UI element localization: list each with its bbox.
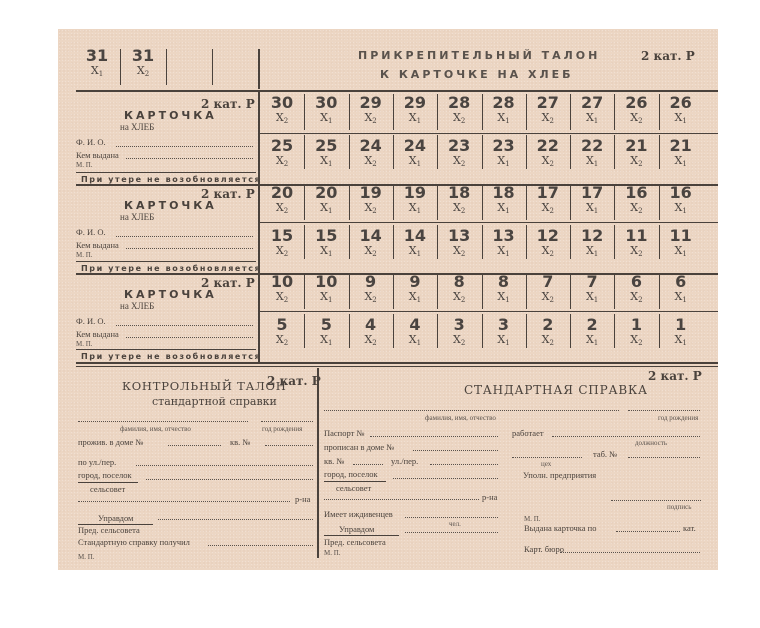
divider bbox=[393, 225, 394, 259]
divider bbox=[614, 135, 615, 169]
coupon-mark: X2 bbox=[614, 333, 658, 350]
coupon-22-x2[interactable]: 22X2 bbox=[526, 137, 570, 171]
divider bbox=[324, 481, 386, 482]
divider bbox=[570, 184, 571, 220]
coupon-1-x2[interactable]: 1X2 bbox=[614, 316, 658, 350]
apt-label: кв. № bbox=[230, 437, 251, 447]
coupon-day: 30 bbox=[304, 94, 348, 111]
coupon-mark: X1 bbox=[393, 290, 437, 307]
coupon-25-x1[interactable]: 25X1 bbox=[304, 137, 348, 171]
coupon-day: 28 bbox=[437, 94, 481, 111]
divider bbox=[526, 314, 527, 348]
coupon-mark: X2 bbox=[260, 154, 304, 171]
coupon-day: 26 bbox=[659, 94, 703, 111]
passport-label: Паспорт № bbox=[324, 428, 365, 438]
issued-by-field[interactable] bbox=[126, 158, 253, 159]
coupon-3-x2[interactable]: 3X2 bbox=[437, 316, 481, 350]
city-field[interactable] bbox=[146, 479, 313, 480]
coupon-29-x1[interactable]: 29X1 bbox=[393, 94, 437, 128]
coupon-12-x1[interactable]: 12X1 bbox=[570, 227, 614, 261]
coupon-day: 24 bbox=[393, 137, 437, 154]
works-label: работает bbox=[512, 428, 544, 438]
divider bbox=[614, 225, 615, 259]
coupon-mark: X1 bbox=[659, 111, 703, 128]
dependents-label: Имеет иждивенцев bbox=[324, 509, 393, 519]
coupon-mark: X1 bbox=[570, 154, 614, 171]
shop-field[interactable] bbox=[512, 457, 582, 458]
divider bbox=[570, 225, 571, 259]
divider bbox=[76, 261, 256, 262]
coupon-day: 20 bbox=[260, 184, 304, 201]
coupon-25-x2[interactable]: 25X2 bbox=[260, 137, 304, 171]
coupon-mark: X1 bbox=[570, 244, 614, 261]
fio-caption: фамилия, имя, отчество bbox=[120, 425, 191, 433]
coupon-day: 24 bbox=[349, 137, 393, 154]
control-stub-title: КОНТРОЛЬНЫЙ ТАЛОН bbox=[122, 379, 287, 393]
coupon-mark: X1 bbox=[75, 64, 119, 81]
bread-ration-card-sheet: 31 X1 31 X2 ПРИКРЕПИТЕЛЬНЫЙ ТАЛОН К КАРТ… bbox=[58, 29, 718, 570]
street-label: по ул./пер. bbox=[78, 457, 116, 467]
registered-label: прописан в доме № bbox=[324, 442, 394, 452]
coupon-28-x2[interactable]: 28X2 bbox=[437, 94, 481, 128]
coupon-mark: X2 bbox=[437, 333, 481, 350]
divider bbox=[570, 273, 571, 309]
card-bureau-field[interactable] bbox=[560, 552, 700, 553]
workplace-field[interactable] bbox=[552, 436, 700, 437]
divider bbox=[482, 94, 483, 130]
loss-note: При утере не возобновляется bbox=[81, 352, 261, 361]
coupon-mark: X2 bbox=[260, 111, 304, 128]
coupon-mark: X1 bbox=[482, 333, 526, 350]
coupon-day: 22 bbox=[570, 137, 614, 154]
card-subtitle: на ХЛЕБ bbox=[120, 122, 154, 132]
apt-label: кв. № bbox=[324, 456, 345, 466]
divider bbox=[437, 135, 438, 169]
council-stamp-label: М. П. bbox=[324, 549, 341, 557]
coupon-12-x2[interactable]: 12X2 bbox=[526, 227, 570, 261]
divider bbox=[659, 184, 660, 220]
coupon-day: 10 bbox=[304, 273, 348, 290]
divider bbox=[349, 314, 350, 348]
stamp-label: М. П. bbox=[76, 340, 93, 348]
coupon-day: 15 bbox=[304, 227, 348, 244]
coupon-mark: X1 bbox=[659, 201, 703, 218]
coupon-day: 21 bbox=[614, 137, 658, 154]
coupon-23-x1[interactable]: 23X1 bbox=[482, 137, 526, 171]
coupon-day: 12 bbox=[570, 227, 614, 244]
coupon-mark: X2 bbox=[614, 111, 658, 128]
coupon-11-x1[interactable]: 11X1 bbox=[659, 227, 703, 261]
coupon-mark: X2 bbox=[349, 201, 393, 218]
coupon-day: 6 bbox=[659, 273, 703, 290]
coupon-mark: X2 bbox=[437, 244, 481, 261]
coupon-mark: X2 bbox=[526, 201, 570, 218]
fio-label: Ф. И. О. bbox=[76, 227, 106, 237]
coupon-day: 19 bbox=[349, 184, 393, 201]
coupon-15-x2[interactable]: 15X2 bbox=[260, 227, 304, 261]
coupon-day: 2 bbox=[526, 316, 570, 333]
coupon-day: 18 bbox=[482, 184, 526, 201]
coupon-7-x2[interactable]: 7X2 bbox=[526, 273, 570, 307]
coupon-mark: X2 bbox=[349, 290, 393, 307]
coupon-19-x2[interactable]: 19X2 bbox=[349, 184, 393, 218]
divider bbox=[349, 225, 350, 259]
category-caption: кат. bbox=[683, 523, 696, 533]
coupon-14-x2[interactable]: 14X2 bbox=[349, 227, 393, 261]
village-council-label: сельсовет bbox=[90, 484, 125, 494]
fio-label: Ф. И. О. bbox=[76, 137, 106, 147]
coupon-10-x1[interactable]: 10X1 bbox=[304, 273, 348, 307]
issued-by-label: Кем выдана bbox=[76, 150, 119, 160]
coupon-day: 3 bbox=[437, 316, 481, 333]
coupon-20-x2[interactable]: 20X2 bbox=[260, 184, 304, 218]
coupon-day: 23 bbox=[482, 137, 526, 154]
coupon-mark: X2 bbox=[349, 154, 393, 171]
coupon-mark: X2 bbox=[437, 111, 481, 128]
divider bbox=[659, 314, 660, 348]
birth-year-caption: год рождения bbox=[262, 425, 302, 433]
coupon-day: 8 bbox=[437, 273, 481, 290]
coupon-mark: X1 bbox=[482, 201, 526, 218]
coupon-day: 20 bbox=[304, 184, 348, 201]
apt-field[interactable] bbox=[353, 464, 383, 465]
coupon-day: 14 bbox=[349, 227, 393, 244]
tab-label: таб. № bbox=[593, 449, 617, 459]
coupon-5-x1[interactable]: 5X1 bbox=[304, 316, 348, 350]
card-category-field[interactable] bbox=[616, 531, 680, 532]
divider bbox=[260, 222, 718, 223]
coupon-27-x2[interactable]: 27X2 bbox=[526, 94, 570, 128]
coupon-mark: X1 bbox=[482, 154, 526, 171]
coupon-mark: X1 bbox=[393, 244, 437, 261]
coupon-28-x1[interactable]: 28X1 bbox=[482, 94, 526, 128]
coupon-mark: X1 bbox=[482, 244, 526, 261]
divider bbox=[304, 94, 305, 130]
house-manager-signature-field[interactable] bbox=[405, 532, 498, 533]
divider bbox=[482, 314, 483, 348]
divider bbox=[166, 49, 167, 85]
coupon-6-x1[interactable]: 6X1 bbox=[659, 273, 703, 307]
coupon-21-x2[interactable]: 21X2 bbox=[614, 137, 658, 171]
coupon-mark: X2 bbox=[526, 333, 570, 350]
divider bbox=[526, 273, 527, 309]
authorized-label: Уполн. предприятия bbox=[523, 470, 596, 480]
coupon-mark: X1 bbox=[482, 111, 526, 128]
divider bbox=[570, 135, 571, 169]
coupon-mark: X2 bbox=[121, 64, 165, 81]
coupon-5-x2[interactable]: 5X2 bbox=[260, 316, 304, 350]
street-field[interactable] bbox=[136, 465, 313, 466]
coupon-9-x2[interactable]: 9X2 bbox=[349, 273, 393, 307]
coupon-day: 5 bbox=[260, 316, 304, 333]
stamp-label: М. П. bbox=[76, 161, 93, 169]
divider bbox=[258, 49, 260, 89]
coupon-mark: X2 bbox=[437, 290, 481, 307]
coupon-30-x1[interactable]: 30X1 bbox=[304, 94, 348, 128]
coupon-mark: X1 bbox=[570, 201, 614, 218]
received-label: Стандартную справку получил bbox=[78, 537, 190, 547]
issued-by-label: Кем выдана bbox=[76, 240, 119, 250]
divider bbox=[324, 535, 399, 536]
coupon-2-x1[interactable]: 2X1 bbox=[570, 316, 614, 350]
divider bbox=[349, 273, 350, 309]
coupon-mark: X2 bbox=[614, 154, 658, 171]
coupon-24-x1[interactable]: 24X1 bbox=[393, 137, 437, 171]
coupon-mark: X1 bbox=[570, 333, 614, 350]
coupon-mark: X2 bbox=[260, 290, 304, 307]
coupon-27-x1[interactable]: 27X1 bbox=[570, 94, 614, 128]
coupon-mark: X1 bbox=[393, 333, 437, 350]
house-manager-label: Управдом bbox=[98, 513, 133, 523]
coupon-17-x1[interactable]: 17X1 bbox=[570, 184, 614, 218]
birth-year-caption: год рождения bbox=[658, 414, 698, 422]
coupon-30-x2[interactable]: 30X2 bbox=[260, 94, 304, 128]
fio-caption: фамилия, имя, отчество bbox=[425, 414, 496, 422]
card-subtitle: на ХЛЕБ bbox=[120, 212, 154, 222]
coupon-4-x1[interactable]: 4X1 bbox=[393, 316, 437, 350]
coupon-mark: X2 bbox=[349, 244, 393, 261]
divider bbox=[659, 273, 660, 309]
coupon-day: 9 bbox=[393, 273, 437, 290]
coupon-mark: X2 bbox=[437, 201, 481, 218]
coupon-8-x1[interactable]: 8X1 bbox=[482, 273, 526, 307]
coupon-day: 25 bbox=[260, 137, 304, 154]
divider bbox=[659, 94, 660, 130]
shop-caption: цех bbox=[541, 460, 551, 468]
coupon-day: 4 bbox=[349, 316, 393, 333]
coupon-mark: X2 bbox=[437, 154, 481, 171]
coupon-day: 18 bbox=[437, 184, 481, 201]
coupon-mark: X1 bbox=[304, 290, 348, 307]
persons-caption: чел. bbox=[449, 520, 461, 528]
fio-field[interactable] bbox=[116, 325, 253, 326]
coupon-day: 17 bbox=[570, 184, 614, 201]
coupon-day: 1 bbox=[614, 316, 658, 333]
coupon-day: 16 bbox=[659, 184, 703, 201]
divider bbox=[526, 94, 527, 130]
coupon-mark: X1 bbox=[659, 154, 703, 171]
fio-field[interactable] bbox=[324, 410, 619, 411]
coupon-9-x1[interactable]: 9X1 bbox=[393, 273, 437, 307]
coupon-22-x1[interactable]: 22X1 bbox=[570, 137, 614, 171]
district-label: р-на bbox=[295, 494, 310, 504]
coupon-15-x1[interactable]: 15X1 bbox=[304, 227, 348, 261]
divider bbox=[393, 314, 394, 348]
coupon-20-x1[interactable]: 20X1 bbox=[304, 184, 348, 218]
position-caption: должность bbox=[635, 439, 667, 447]
street-field[interactable] bbox=[430, 464, 498, 465]
divider bbox=[614, 184, 615, 220]
coupon-7-x1[interactable]: 7X1 bbox=[570, 273, 614, 307]
card-subtitle: на ХЛЕБ bbox=[120, 301, 154, 311]
received-signature-field[interactable] bbox=[208, 545, 313, 546]
coupon-day: 14 bbox=[393, 227, 437, 244]
coupon-day: 7 bbox=[570, 273, 614, 290]
birth-year-field[interactable] bbox=[261, 421, 313, 422]
coupon-26-x2[interactable]: 26X2 bbox=[614, 94, 658, 128]
fio-label: Ф. И. О. bbox=[76, 316, 106, 326]
coupon-mark: X1 bbox=[393, 201, 437, 218]
coupon-day: 7 bbox=[526, 273, 570, 290]
coupon-day: 31 bbox=[75, 47, 119, 64]
coupon-day: 10 bbox=[260, 273, 304, 290]
coupon-day: 22 bbox=[526, 137, 570, 154]
coupon-31-x2[interactable]: 31 X2 bbox=[121, 47, 165, 81]
coupon-mark: X2 bbox=[614, 201, 658, 218]
coupon-mark: X1 bbox=[304, 111, 348, 128]
coupon-6-x2[interactable]: 6X2 bbox=[614, 273, 658, 307]
coupon-mark: X1 bbox=[304, 333, 348, 350]
street-label: ул./пер. bbox=[391, 456, 418, 466]
house-manager-signature-field[interactable] bbox=[158, 519, 313, 520]
card-bureau-label: Карт. бюро bbox=[524, 544, 564, 554]
district-field[interactable] bbox=[324, 499, 479, 500]
district-label: р-на bbox=[482, 492, 497, 502]
coupon-mark: X2 bbox=[349, 111, 393, 128]
coupon-mark: X2 bbox=[349, 333, 393, 350]
coupon-3-x1[interactable]: 3X1 bbox=[482, 316, 526, 350]
coupon-18-x2[interactable]: 18X2 bbox=[437, 184, 481, 218]
coupon-mark: X2 bbox=[260, 333, 304, 350]
divider bbox=[393, 184, 394, 220]
city-field[interactable] bbox=[393, 478, 498, 479]
coupon-mark: X2 bbox=[526, 111, 570, 128]
council-chair-label: Пред. сельсовета bbox=[324, 537, 386, 547]
card-issued-label: Выдана карточка по bbox=[524, 523, 596, 533]
coupon-18-x1[interactable]: 18X1 bbox=[482, 184, 526, 218]
coupon-23-x2[interactable]: 23X2 bbox=[437, 137, 481, 171]
house-field[interactable] bbox=[168, 445, 221, 446]
coupon-day: 27 bbox=[526, 94, 570, 111]
standard-certificate-title: СТАНДАРТНАЯ СПРАВКА bbox=[464, 383, 648, 397]
coupon-mark: X2 bbox=[526, 244, 570, 261]
coupon-day: 1 bbox=[659, 316, 703, 333]
coupon-day: 29 bbox=[349, 94, 393, 111]
coupon-31-x1[interactable]: 31 X1 bbox=[75, 47, 119, 81]
coupon-day: 26 bbox=[614, 94, 658, 111]
coupon-mark: X1 bbox=[570, 111, 614, 128]
issued-by-label: Кем выдана bbox=[76, 329, 119, 339]
card-title: КАРТОЧКА bbox=[124, 109, 217, 122]
district-field[interactable] bbox=[78, 501, 290, 502]
coupon-19-x1[interactable]: 19X1 bbox=[393, 184, 437, 218]
divider bbox=[526, 225, 527, 259]
coupon-21-x1[interactable]: 21X1 bbox=[659, 137, 703, 171]
divider bbox=[526, 184, 527, 220]
coupon-13-x1[interactable]: 13X1 bbox=[482, 227, 526, 261]
coupon-day: 31 bbox=[121, 47, 165, 64]
divider bbox=[304, 314, 305, 348]
loss-note: При утере не возобновляется bbox=[81, 175, 261, 184]
divider bbox=[482, 135, 483, 169]
coupon-13-x2[interactable]: 13X2 bbox=[437, 227, 481, 261]
coupon-day: 19 bbox=[393, 184, 437, 201]
divider bbox=[614, 94, 615, 130]
coupon-26-x1[interactable]: 26X1 bbox=[659, 94, 703, 128]
coupon-day: 12 bbox=[526, 227, 570, 244]
issued-by-field[interactable] bbox=[126, 337, 253, 338]
passport-field[interactable] bbox=[370, 436, 498, 437]
coupon-mark: X1 bbox=[393, 111, 437, 128]
divider bbox=[304, 273, 305, 309]
coupon-14-x1[interactable]: 14X1 bbox=[393, 227, 437, 261]
fio-field[interactable] bbox=[116, 236, 253, 237]
coupon-mark: X2 bbox=[614, 244, 658, 261]
coupon-day: 30 bbox=[260, 94, 304, 111]
coupon-11-x2[interactable]: 11X2 bbox=[614, 227, 658, 261]
divider bbox=[78, 482, 138, 483]
loss-note: При утере не возобновляется bbox=[81, 264, 261, 273]
coupon-16-x1[interactable]: 16X1 bbox=[659, 184, 703, 218]
coupon-mark: X1 bbox=[482, 290, 526, 307]
category-label: 2 кат. Р bbox=[267, 374, 321, 388]
coupon-day: 29 bbox=[393, 94, 437, 111]
divider bbox=[437, 273, 438, 309]
coupon-16-x2[interactable]: 16X2 bbox=[614, 184, 658, 218]
stamp-label: М. П. bbox=[76, 251, 93, 259]
apt-field[interactable] bbox=[265, 445, 313, 446]
coupon-mark: X1 bbox=[304, 201, 348, 218]
registered-house-field[interactable] bbox=[413, 450, 498, 451]
coupon-mark: X2 bbox=[260, 201, 304, 218]
coupon-10-x2[interactable]: 10X2 bbox=[260, 273, 304, 307]
signature-caption: подпись bbox=[667, 503, 691, 511]
coupon-day: 3 bbox=[482, 316, 526, 333]
fio-field[interactable] bbox=[78, 421, 248, 422]
coupon-day: 27 bbox=[570, 94, 614, 111]
coupon-day: 11 bbox=[614, 227, 658, 244]
coupon-24-x2[interactable]: 24X2 bbox=[349, 137, 393, 171]
village-council-label: сельсовет bbox=[336, 483, 371, 493]
divider bbox=[349, 94, 350, 130]
divider bbox=[437, 314, 438, 348]
coupon-4-x2[interactable]: 4X2 bbox=[349, 316, 393, 350]
divider bbox=[76, 172, 256, 173]
category-label: 2 кат. Р bbox=[648, 369, 702, 383]
coupon-day: 15 bbox=[260, 227, 304, 244]
signature-field[interactable] bbox=[611, 500, 701, 501]
divider bbox=[614, 314, 615, 348]
tab-field[interactable] bbox=[628, 457, 700, 458]
coupon-mark: X1 bbox=[659, 244, 703, 261]
coupon-2-x2[interactable]: 2X2 bbox=[526, 316, 570, 350]
issued-by-field[interactable] bbox=[126, 248, 253, 249]
house-manager-label: Управдом bbox=[339, 524, 374, 534]
card-title: КАРТОЧКА bbox=[124, 199, 217, 212]
coupon-1-x1[interactable]: 1X1 bbox=[659, 316, 703, 350]
divider bbox=[304, 225, 305, 259]
stamp-label: М. П. bbox=[78, 553, 95, 561]
section-border bbox=[76, 362, 718, 364]
coupon-8-x2[interactable]: 8X2 bbox=[437, 273, 481, 307]
coupon-17-x2[interactable]: 17X2 bbox=[526, 184, 570, 218]
attachment-coupon-subtitle: К КАРТОЧКЕ НА ХЛЕБ bbox=[380, 68, 574, 81]
attachment-coupon-title: ПРИКРЕПИТЕЛЬНЫЙ ТАЛОН bbox=[358, 49, 600, 62]
dependents-field[interactable] bbox=[405, 517, 498, 518]
coupon-day: 5 bbox=[304, 316, 348, 333]
coupon-mark: X1 bbox=[659, 333, 703, 350]
coupon-mark: X2 bbox=[260, 244, 304, 261]
divider bbox=[260, 133, 718, 134]
birth-year-field[interactable] bbox=[628, 410, 700, 411]
coupon-29-x2[interactable]: 29X2 bbox=[349, 94, 393, 128]
fio-field[interactable] bbox=[116, 146, 253, 147]
coupon-day: 6 bbox=[614, 273, 658, 290]
divider bbox=[349, 184, 350, 220]
divider bbox=[659, 225, 660, 259]
divider bbox=[659, 135, 660, 169]
card-title: КАРТОЧКА bbox=[124, 288, 217, 301]
